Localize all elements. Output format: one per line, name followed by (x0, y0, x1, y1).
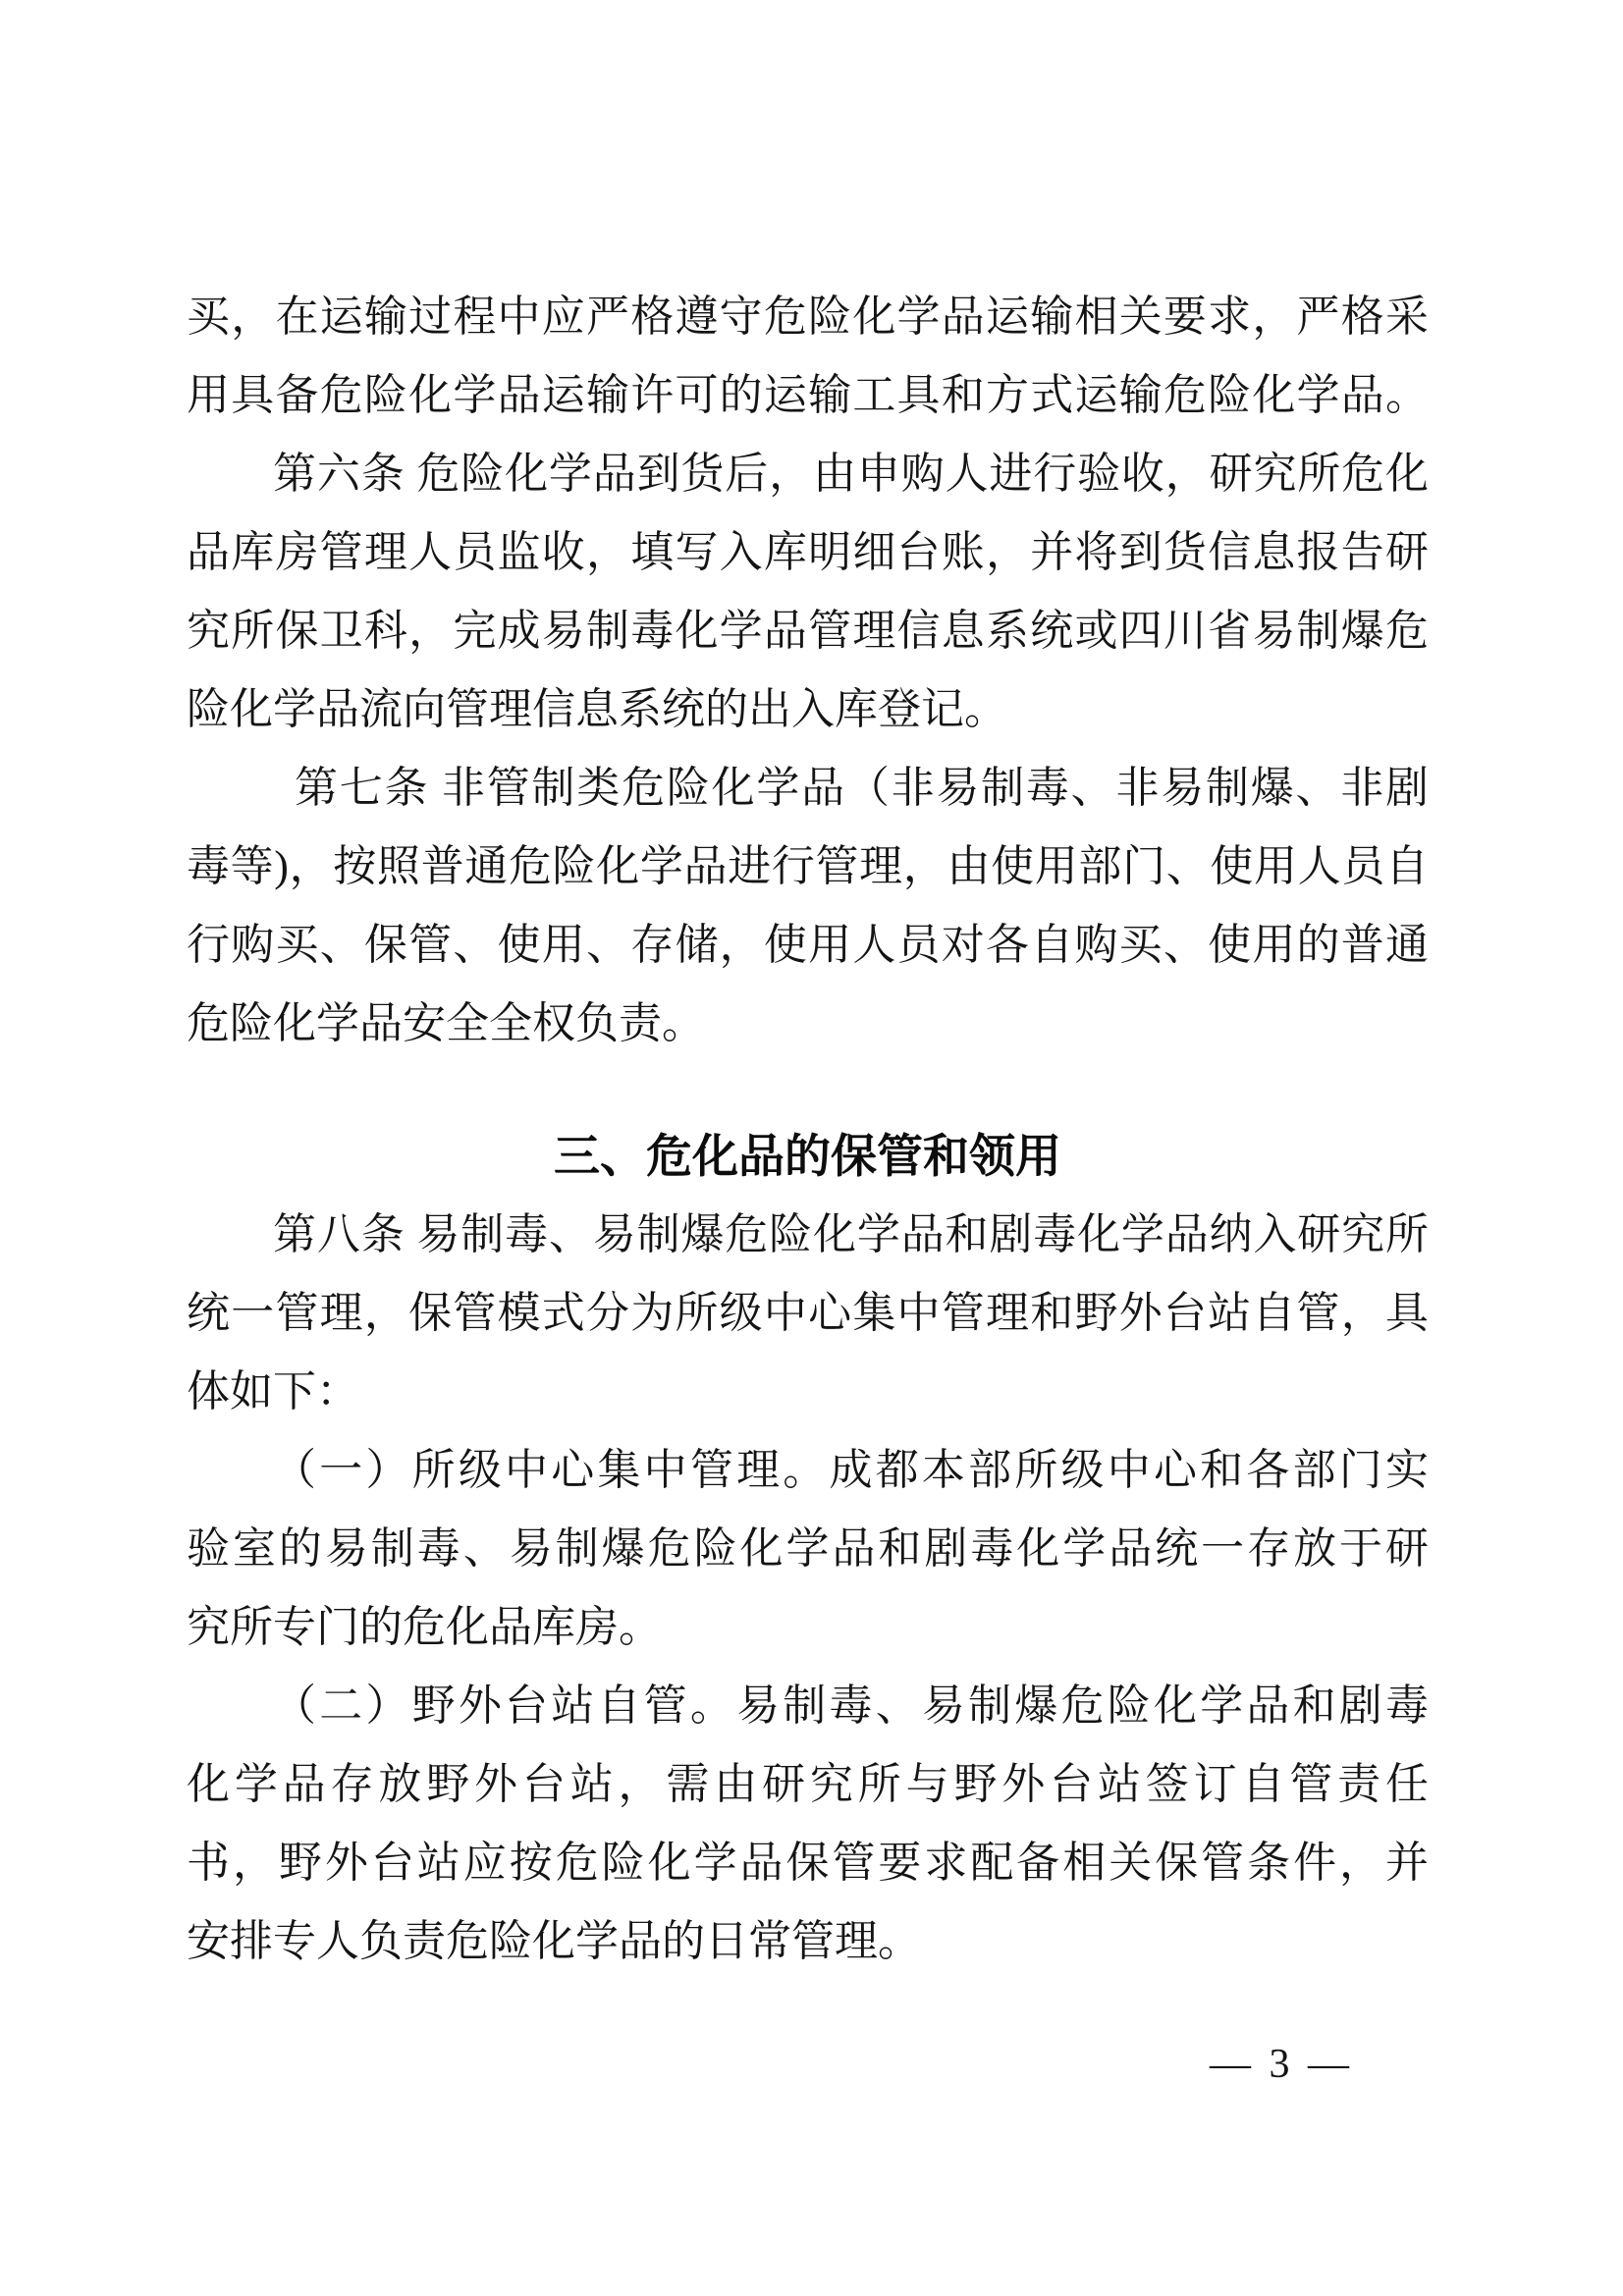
body-line: 行购买、保管、使用、存储，使用人员对各自购买、使用的普通 (187, 906, 1429, 985)
body-line: 险化学品流向管理信息系统的出入库登记。 (187, 670, 1429, 749)
body-line: 化学品存放野外台站，需由研究所与野外台站签订自管责任 (187, 1745, 1429, 1824)
body-line: 书，野外台站应按危险化学品保管要求配备相关保管条件，并 (187, 1824, 1429, 1902)
body-line-item-1: （一）所级中心集中管理。成都本部所级中心和各部门实 (187, 1431, 1429, 1510)
body-line: 安排专人负责危险化学品的日常管理。 (187, 1902, 1429, 1981)
body-line: 究所专门的危化品库房。 (187, 1588, 1429, 1667)
document-body: 买，在运输过程中应严格遵守危险化学品运输相关要求，严格采 用具备危险化学品运输许… (187, 278, 1429, 1981)
body-line: 统一管理，保管模式分为所级中心集中管理和野外台站自管，具 (187, 1274, 1429, 1353)
body-line-item-2: （二）野外台站自管。易制毒、易制爆危险化学品和剧毒 (187, 1667, 1429, 1745)
body-line: 用具备危险化学品运输许可的运输工具和方式运输危险化学品。 (187, 356, 1429, 435)
body-line-article-7: 第七条 非管制类危险化学品（非易制毒、非易制爆、非剧 (187, 749, 1429, 828)
body-line: 验室的易制毒、易制爆危险化学品和剧毒化学品统一存放于研 (187, 1510, 1429, 1588)
body-line-article-6: 第六条 危险化学品到货后，由申购人进行验收，研究所危化 (187, 435, 1429, 513)
body-line: 危险化学品安全全权负责。 (187, 985, 1429, 1063)
section-heading: 三、危化品的保管和领用 (187, 1117, 1429, 1196)
page-number: — 3 — (1210, 2040, 1353, 2089)
body-line: 体如下： (187, 1353, 1429, 1431)
document-page: 买，在运输过程中应严格遵守危险化学品运输相关要求，严格采 用具备危险化学品运输许… (0, 0, 1623, 2296)
body-line: 买，在运输过程中应严格遵守危险化学品运输相关要求，严格采 (187, 278, 1429, 356)
body-line: 毒等)，按照普通危险化学品进行管理，由使用部门、使用人员自 (187, 828, 1429, 906)
body-line-article-8: 第八条 易制毒、易制爆危险化学品和剧毒化学品纳入研究所 (187, 1196, 1429, 1274)
body-line: 品库房管理人员监收，填写入库明细台账，并将到货信息报告研 (187, 513, 1429, 592)
body-line: 究所保卫科，完成易制毒化学品管理信息系统或四川省易制爆危 (187, 592, 1429, 670)
